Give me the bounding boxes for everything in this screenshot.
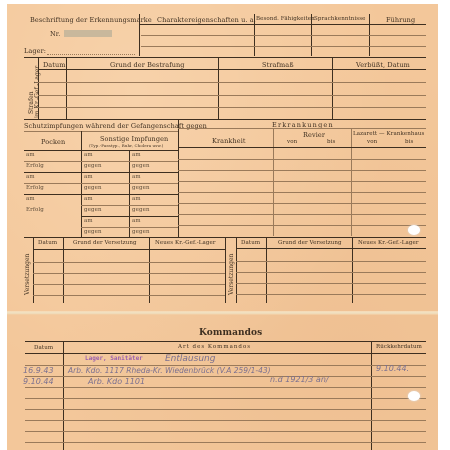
divider: [63, 237, 64, 303]
sonstige-cell: gegen: [132, 163, 150, 169]
rule: [178, 159, 426, 160]
versetzungen-side-label: Versetzungen: [24, 254, 31, 295]
sonstige-cell: am: [84, 174, 93, 180]
rule: [141, 35, 426, 36]
pocken-row: Erfolg: [26, 207, 44, 213]
rule: [25, 442, 426, 443]
strafen-col-grund: Grund der Bestrafung: [110, 61, 185, 69]
vers-col-lager: Neues Kr.-Gef.-Lager: [155, 240, 216, 246]
sonstige-cell: am: [84, 218, 93, 224]
rule: [178, 225, 426, 226]
sonstige-cell: am: [132, 218, 141, 224]
kommandos-title: Kommandos: [199, 328, 262, 338]
punch-hole: [408, 225, 420, 235]
rule: [25, 376, 426, 377]
divider: [33, 237, 34, 303]
divider: [236, 248, 426, 249]
divider: [38, 69, 426, 70]
vers-col-datum: Datum: [38, 240, 57, 246]
divider: [66, 57, 67, 119]
rule: [236, 294, 426, 295]
rule: [178, 128, 426, 129]
rule: [25, 409, 426, 410]
fold-crease: [7, 311, 438, 315]
pocken-row: Erfolg: [26, 185, 44, 191]
krankheit-header: Krankheit: [212, 137, 246, 145]
strafen-col-strafmass: Strafmaß: [262, 61, 294, 69]
lazarett-bis: bis: [405, 139, 413, 145]
col-faehigkeiten: Besond. Fähigkeiten: [256, 16, 315, 22]
kommandos-col-datum: Datum: [34, 345, 53, 351]
rule: [81, 205, 178, 206]
sonstige-cell: am: [84, 196, 93, 202]
rule: [38, 107, 426, 108]
divider: [139, 14, 140, 56]
vers-col-grund: Grund der Versetzung: [73, 240, 137, 246]
rule: [24, 172, 178, 173]
pocken-row: Erfolg: [26, 163, 44, 169]
sonstige-header: Sonstige Impfungen: [100, 135, 168, 143]
pocken-row: am: [26, 196, 35, 202]
sonstige-cell: gegen: [84, 185, 102, 191]
sonstige-cell: gegen: [84, 207, 102, 213]
divider: [81, 131, 82, 237]
lazarett-von: von: [367, 139, 377, 145]
divider: [139, 24, 426, 25]
divider: [25, 353, 426, 354]
rule: [178, 203, 426, 204]
col-charakter: Charaktereigenschaften u. a.: [157, 16, 256, 24]
rule: [24, 183, 178, 184]
sonstige-cell: gegen: [132, 207, 150, 213]
sonstige-sub: (Typ.-Paratyp., Ruhr, Cholera usw.): [89, 143, 163, 148]
divider: [149, 237, 150, 303]
pocken-header: Pocken: [41, 138, 65, 146]
kommandos-col-art: Art des Kommandos: [178, 344, 251, 350]
rule: [33, 273, 225, 274]
sonstige-cell: am: [132, 174, 141, 180]
divider: [24, 119, 426, 120]
rule: [236, 272, 426, 273]
kommando-note: n.d 1921/3 an/: [270, 375, 329, 384]
kommando-art: Arb. Kdo 1101: [88, 377, 145, 386]
rule: [141, 46, 426, 47]
lager-label: Lager:: [24, 47, 46, 55]
col-fuehrung: Führung: [386, 16, 415, 24]
marke-label: Beschriftung der Erkennungsmarke: [30, 16, 152, 24]
divider: [24, 150, 178, 151]
rule: [33, 284, 225, 285]
rule: [38, 82, 426, 83]
divider: [332, 57, 333, 119]
punch-hole: [408, 391, 420, 401]
rule: [178, 214, 426, 215]
pocken-row: am: [26, 152, 35, 158]
kommando-rueckkehr: 9.10.44.: [376, 364, 409, 373]
rule: [24, 161, 178, 162]
lager-field: [47, 54, 135, 55]
vers-col-datum: Datum: [241, 240, 260, 246]
vers-col-grund: Grund der Versetzung: [278, 240, 342, 246]
rule: [236, 283, 426, 284]
nr-redacted-field: [64, 30, 112, 37]
divider: [225, 237, 226, 303]
kommando-art: Arb. Kdo. 1117 Rheda-Kr. Wiedenbrück (V.…: [68, 366, 271, 375]
rule: [24, 131, 178, 132]
sonstige-cell: am: [132, 152, 141, 158]
kommando-datum: 9.10.44: [23, 377, 54, 386]
rule: [81, 216, 178, 217]
rule: [25, 431, 426, 432]
kommandos-col-rueckkehr: Rückkehrdatum: [376, 344, 422, 350]
rule: [25, 387, 426, 388]
divider: [63, 341, 64, 450]
revier-bis: bis: [327, 139, 335, 145]
sonstige-cell: am: [132, 196, 141, 202]
rule: [25, 420, 426, 421]
versetzungen-side-label: Versetzungen: [228, 254, 235, 295]
revier-header: Revier: [303, 131, 325, 139]
divider: [24, 57, 426, 58]
revier-von: von: [287, 139, 297, 145]
sonstige-cell: gegen: [132, 185, 150, 191]
lazarett-header: Lazarett — Krankenhaus: [353, 131, 424, 137]
divider: [371, 341, 372, 450]
record-card: [7, 4, 438, 450]
rule: [236, 261, 426, 262]
sonstige-cell: gegen: [132, 229, 150, 235]
rule: [24, 194, 178, 195]
stamp-lager-sanitaeter: Lager, Sanitäter: [85, 355, 143, 362]
rule: [178, 181, 426, 182]
col-sprachen: Sprachkenntnisse: [314, 16, 366, 22]
vers-col-lager: Neues Kr.-Gef.-Lager: [358, 240, 419, 246]
divider: [33, 249, 225, 250]
rule: [25, 398, 426, 399]
sonstige-cell: gegen: [84, 229, 102, 235]
kommando-art: Entlausung: [165, 354, 215, 364]
rule: [38, 95, 426, 96]
divider: [178, 119, 179, 237]
divider: [38, 57, 39, 119]
strafen-col-datum: Datum: [43, 61, 66, 69]
rule: [81, 227, 178, 228]
divider: [351, 128, 352, 236]
sonstige-cell: gegen: [84, 163, 102, 169]
divider: [25, 341, 426, 342]
rule: [33, 295, 225, 296]
sonstige-cell: am: [84, 152, 93, 158]
pocken-row: am: [26, 174, 35, 180]
rule: [33, 262, 225, 263]
divider: [178, 147, 426, 148]
kommando-datum: 16.9.43: [23, 366, 54, 375]
nr-label: Nr.: [50, 30, 60, 38]
divider: [218, 57, 219, 119]
divider: [273, 128, 274, 236]
rule: [178, 192, 426, 193]
rule: [178, 170, 426, 171]
strafen-col-verbuesst: Verbüßt, Datum: [356, 61, 410, 69]
